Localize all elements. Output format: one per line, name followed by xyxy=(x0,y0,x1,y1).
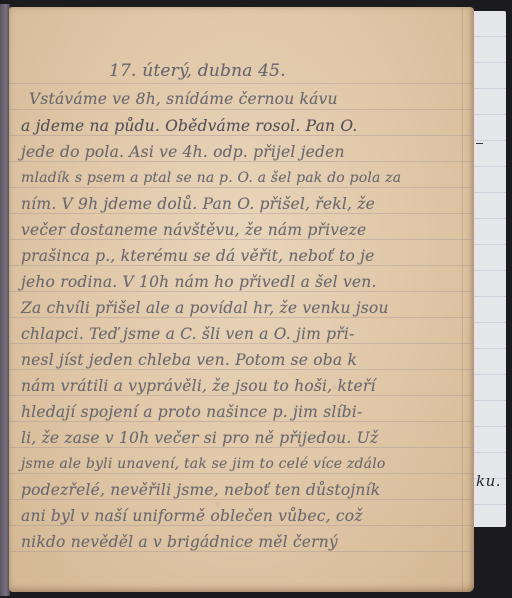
ruled-line xyxy=(9,395,474,396)
handwritten-line: ani byl v naší uniformě oblečen vůbec, c… xyxy=(21,507,466,525)
adjacent-page-text: ku. xyxy=(476,472,501,490)
ruled-line xyxy=(9,317,474,318)
ruled-line xyxy=(9,161,474,162)
ruled-line xyxy=(9,421,474,422)
ruled-line xyxy=(9,551,474,552)
handwritten-line: jsme ale byli unavení, tak se jim to cel… xyxy=(21,455,466,473)
handwritten-line: chlapci. Teď jsme a C. šli ven a O. jim … xyxy=(21,325,466,343)
handwritten-line: prašinca p., kterému se dá věřit, neboť … xyxy=(21,247,466,265)
ruled-line xyxy=(9,343,474,344)
ruled-line xyxy=(9,447,474,448)
handwritten-line: večer dostaneme návštěvu, že nám přiveze xyxy=(21,221,466,239)
ruled-line xyxy=(9,473,474,474)
diary-page: 17. úterý, dubna 45. Vstáváme ve 8h, sní… xyxy=(9,7,474,592)
ruled-line xyxy=(9,109,474,110)
ruled-line xyxy=(9,239,474,240)
handwritten-line: Za chvíli přišel ale a povídal hr, že ve… xyxy=(21,299,466,317)
ruled-line xyxy=(9,265,474,266)
handwritten-line: li, že zase v 10h večer si pro ně přijed… xyxy=(21,429,466,447)
ruled-line xyxy=(9,83,474,84)
ruled-line xyxy=(9,213,474,214)
handwritten-line: podezřelé, nevěřili jsme, neboť ten důst… xyxy=(21,481,466,499)
diary-date-heading: 17. úterý, dubna 45. xyxy=(109,62,466,80)
handwritten-line: jede do pola. Asi ve 4h. odp. přijel jed… xyxy=(21,143,466,161)
handwritten-line: Vstáváme ve 8h, snídáme černou kávu xyxy=(29,90,466,108)
ruled-line xyxy=(9,369,474,370)
adjacent-page-mark xyxy=(476,143,483,144)
handwritten-line: nikdo nevěděl a v brigádnice měl černý xyxy=(21,533,466,551)
handwritten-line: hledají spojení a proto našince p. jim s… xyxy=(21,403,466,421)
ruled-line xyxy=(9,525,474,526)
ruled-line xyxy=(9,291,474,292)
handwritten-line: nesl jíst jeden chleba ven. Potom se oba… xyxy=(21,351,466,369)
handwritten-line: mladík s psem a ptal se na p. O. a šel p… xyxy=(21,169,466,187)
handwritten-line: ním. V 9h jdeme dolů. Pan O. přišel, řek… xyxy=(21,195,466,213)
handwritten-line: nám vrátili a vyprávěli, že jsou to hoši… xyxy=(21,377,466,395)
ruled-line xyxy=(9,187,474,188)
ruled-line xyxy=(9,499,474,500)
adjacent-page xyxy=(473,11,506,527)
ruled-line xyxy=(9,135,474,136)
handwritten-line: jeho rodina. V 10h nám ho přivedl a šel … xyxy=(21,273,466,291)
handwritten-line: a jdeme na půdu. Obědváme rosol. Pan O. xyxy=(21,117,466,135)
